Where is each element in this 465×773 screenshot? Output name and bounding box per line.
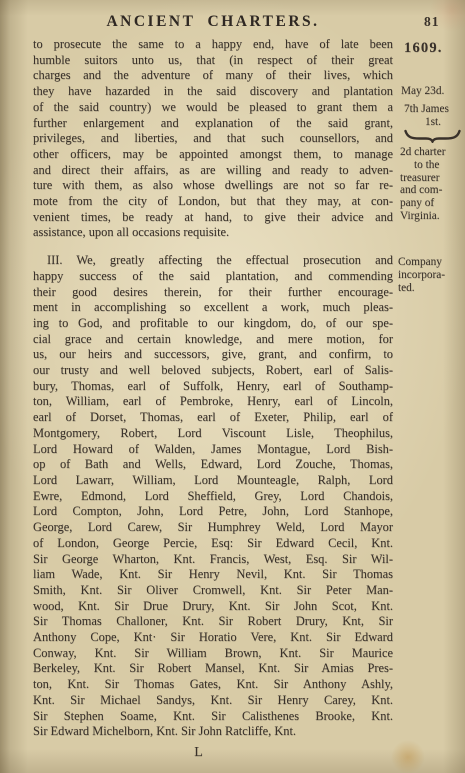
text-line: liam Wade, Knt. Sir Henry Nevil, Knt. Si… xyxy=(33,567,393,583)
text-line: Sir Thomas Challoner, Knt. Sir Robert Dr… xyxy=(33,614,393,630)
text-line: assistance, upon all occasions requisite… xyxy=(33,225,393,241)
text-line: Berkeley, Knt. Sir Robert Mansel, Knt. S… xyxy=(33,661,393,677)
text-line: of the said country) we would be pleased… xyxy=(33,100,393,116)
text-line: bury, Thomas, earl of Suffolk, Henry, ea… xyxy=(33,379,393,395)
text-line: III. We, greatly affecting the effectual… xyxy=(33,253,393,269)
text-line: our trusty and well beloved subjects, Ro… xyxy=(33,363,393,379)
regnal-line-1: 7th James xyxy=(404,103,465,116)
text-line: Sir Edward Michelborn, Knt. Sir John Rat… xyxy=(33,724,393,740)
text-line: their good desires therein, for their fu… xyxy=(33,285,393,301)
text-line: ton, Knt. Sir Thomas Gates, Knt. Sir Ant… xyxy=(33,677,393,693)
company-note-line: ted. xyxy=(398,282,462,295)
charter-note-line: and com- xyxy=(400,184,464,197)
text-line: Sir George Wharton, Knt. Francis, West, … xyxy=(33,552,393,568)
charter-note-line: pany of xyxy=(400,197,464,210)
text-line: Sir Stephen Soame, Knt. Sir Calisthenes … xyxy=(33,709,393,725)
text-line: Lord Lawarr, William, Lord Mounteagle, R… xyxy=(33,473,393,489)
charter-note-line: Virginia. xyxy=(400,210,464,223)
text-line: Lord Compton, John, Lord Petre, John, Lo… xyxy=(33,504,393,520)
margin-note-charter: 2d charter to the treasurer and com- pan… xyxy=(400,146,464,223)
regnal-line-2: 1st. xyxy=(404,116,465,129)
text-line: earl of Dorset, Thomas, earl of Exeter, … xyxy=(33,410,393,426)
company-note-line: Company xyxy=(398,256,462,269)
text-line: ment in accomplishing so excellent a wor… xyxy=(33,300,393,316)
text-line: George, Lord Carew, Sir Humphrey Weld, L… xyxy=(33,520,393,536)
margin-note-company-incorporated: Company incorpora- ted. xyxy=(398,256,462,294)
text-line: ture with them, as also whose dwellings … xyxy=(33,178,393,194)
text-line: to prosecute the same to a happy end, ha… xyxy=(33,37,393,53)
text-line: Ewre, Edmond, Lord Sheffield, Grey, Lord… xyxy=(33,489,393,505)
charter-note-line: 2d charter xyxy=(400,146,464,159)
text-line: cial grace and certain knowledge, and me… xyxy=(33,332,393,348)
signature-mark: L xyxy=(19,745,379,761)
page-number: 81 xyxy=(424,14,440,30)
paragraph-section-iii: III. We, greatly affecting the effectual… xyxy=(33,253,393,740)
text-line: they have hazarded in the said discovery… xyxy=(33,84,393,100)
text-line: us, our heirs and successors, give, gran… xyxy=(33,347,393,363)
text-line: other officers, may be appointed amongst… xyxy=(33,147,393,163)
text-line: mote from the city of London, but that t… xyxy=(33,194,393,210)
text-line: wood, Knt. Sir Drue Drury, Knt. Sir John… xyxy=(33,599,393,615)
text-line: Montgomery, Robert, Lord Viscount Lisle,… xyxy=(33,426,393,442)
curly-brace-icon xyxy=(403,128,462,143)
company-note-line: incorpora- xyxy=(398,269,462,282)
margin-note-regnal-year: 7th James 1st. xyxy=(404,103,465,129)
text-line: venient times, be ready at hand, to give… xyxy=(33,210,393,226)
text-line: charges and the adventure of many of the… xyxy=(33,68,393,84)
charter-note-line: treasurer xyxy=(400,172,464,185)
running-head-title: ANCIENT CHARTERS. xyxy=(33,13,393,31)
margin-note-year: 1609. xyxy=(404,42,465,55)
charter-note-line: to the xyxy=(400,159,464,172)
text-line: ton, William, earl of Pembroke, Henry, e… xyxy=(33,394,393,410)
text-line: Knt. Sir Michael Sandys, Knt. Sir Henry … xyxy=(33,693,393,709)
text-line: op of Bath and Wells, Edward, Lord Zouch… xyxy=(33,457,393,473)
text-line: Lord Howard of Walden, James Montague, L… xyxy=(33,442,393,458)
text-line: of London, George Percie, Esq: Sir Edwar… xyxy=(33,536,393,552)
margin-note-date: May 23d. xyxy=(401,85,465,98)
text-line: Anthony Cope, Knt· Sir Horatio Vere, Knt… xyxy=(33,630,393,646)
text-line: privileges, and liberties, and that such… xyxy=(33,131,393,147)
text-line: happy success of the said plantation, an… xyxy=(33,269,393,285)
text-line: humble suitors unto us, that (in respect… xyxy=(33,53,393,69)
text-line: ing to God, and profitable to our kingdo… xyxy=(33,316,393,332)
text-line: and direct their affairs, as are willing… xyxy=(33,163,393,179)
text-line: further enlargement and explanation of t… xyxy=(33,116,393,132)
page-body: to prosecute the same to a happy end, ha… xyxy=(33,37,393,761)
text-line: Conway, Knt. Sir William Brown, Knt. Sir… xyxy=(33,646,393,662)
text-line: Smith, Knt. Sir Oliver Cromwell, Knt. Si… xyxy=(33,583,393,599)
paragraph-continuation: to prosecute the same to a happy end, ha… xyxy=(33,37,393,241)
book-page: ANCIENT CHARTERS. 81 to prosecute the sa… xyxy=(0,0,465,773)
